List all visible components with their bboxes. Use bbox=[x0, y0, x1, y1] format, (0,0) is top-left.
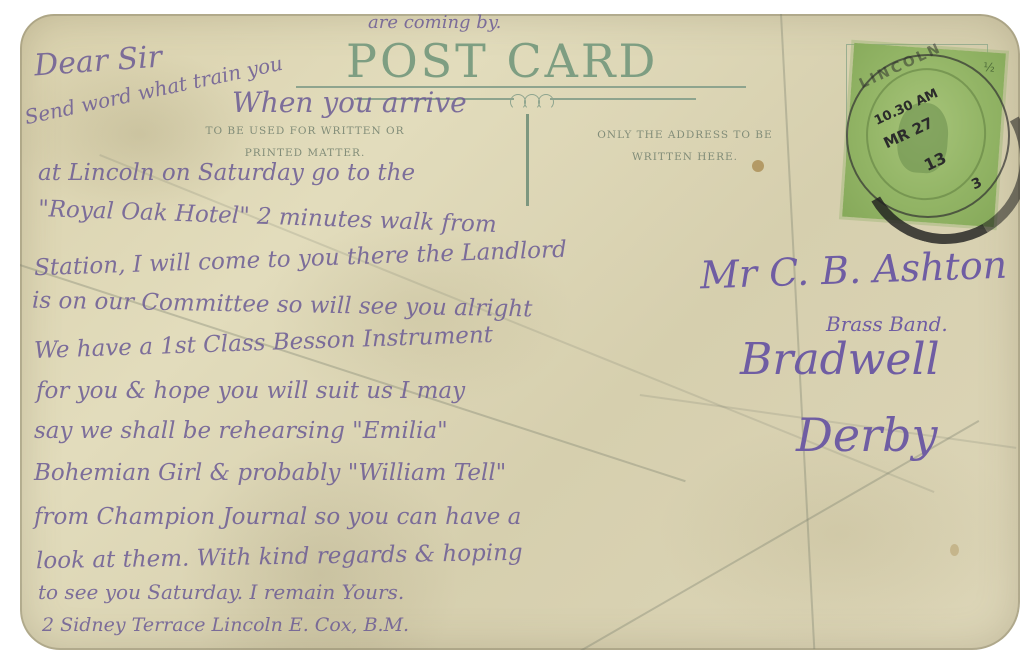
heading-rule bbox=[550, 98, 696, 100]
postcard: POST CARD TO BE USED FOR WRITTEN OR PRIN… bbox=[20, 14, 1020, 650]
crease-line bbox=[780, 14, 815, 649]
handwritten-insert: are coming by. bbox=[368, 14, 501, 33]
recipient-name: Mr C. B. Ashton bbox=[699, 243, 1008, 298]
ornament bbox=[538, 94, 554, 110]
message-line: say we shall be rehearsing "Emilia" bbox=[34, 418, 448, 444]
center-divider bbox=[526, 114, 529, 206]
post-card-heading: POST CARD bbox=[346, 34, 658, 88]
message-line: Bohemian Girl & probably "William Tell" bbox=[34, 460, 506, 486]
message-line: for you & hope you will suit us I may bbox=[36, 378, 465, 404]
message-line: When you arrive bbox=[232, 86, 467, 119]
recipient-town: Bradwell bbox=[740, 334, 940, 385]
left-instruction: TO BE USED FOR WRITTEN OR PRINTED MATTER… bbox=[160, 120, 450, 164]
stain bbox=[950, 544, 959, 556]
recipient-county: Derby bbox=[796, 408, 938, 462]
message-line: to see you Saturday. I remain Yours. bbox=[38, 580, 404, 604]
message-line: at Lincoln on Saturday go to the bbox=[38, 160, 415, 186]
message-line: Station, I will come to you there the La… bbox=[34, 237, 567, 282]
message-line: is on our Committee so will see you alri… bbox=[32, 288, 533, 323]
message-line: from Champion Journal so you can have a bbox=[34, 504, 521, 530]
message-line: "Royal Oak Hotel" 2 minutes walk from bbox=[38, 196, 497, 238]
message-line: We have a 1st Class Besson Instrument bbox=[34, 322, 494, 364]
signature-line: 2 Sidney Terrace Lincoln E. Cox, B.M. bbox=[42, 614, 409, 636]
right-instruction: ONLY THE ADDRESS TO BE WRITTEN HERE. bbox=[560, 124, 810, 168]
right-instruction-line: WRITTEN HERE. bbox=[560, 146, 810, 168]
recipient-line2: Brass Band. bbox=[826, 312, 948, 336]
message-line: Dear Sir bbox=[33, 40, 163, 84]
stamp-value: ½ bbox=[983, 60, 996, 75]
message-line: look at them. With kind regards & hoping bbox=[36, 540, 523, 574]
left-instruction-line: TO BE USED FOR WRITTEN OR bbox=[160, 120, 450, 142]
right-instruction-line: ONLY THE ADDRESS TO BE bbox=[560, 124, 810, 146]
